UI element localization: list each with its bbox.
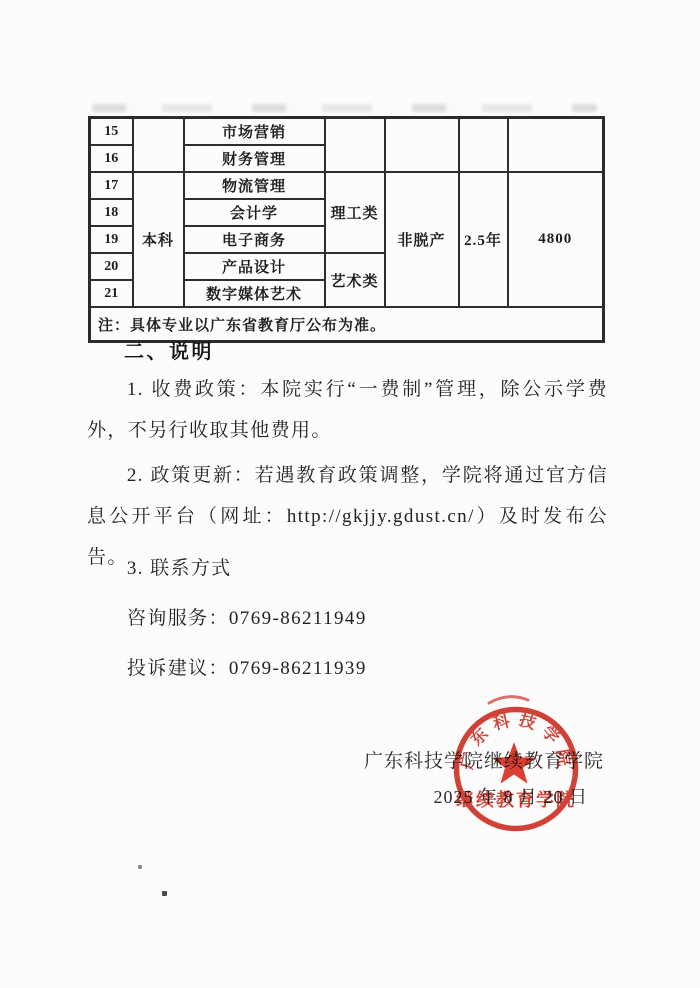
scan-smudge-artifact [92,104,597,112]
duration-cell-empty [459,118,508,173]
table-row: 17 本科 物流管理 理工类 非脱产 2.5年 4800 [90,172,604,199]
table-row: 15 市场营销 [90,118,604,146]
level-cell: 本科 [133,172,184,307]
major-cell: 产品设计 [184,253,325,280]
seal-star-icon [492,742,536,784]
major-cell: 数字媒体艺术 [184,280,325,307]
category-science-cell: 理工类 [325,172,385,253]
scan-speck [138,865,142,869]
seal-stray-arc [489,697,528,703]
paragraph-fee-policy: 1. 收费政策：本院实行“一费制”管理，除公示学费外，不另行收取其他费用。 [87,369,608,451]
admissions-table: 15 市场营销 16 财务管理 17 本科 物流管理 理工类 非脱产 2.5年 … [88,116,605,343]
study-form-cell: 非脱产 [385,172,459,307]
tuition-cell: 4800 [508,172,604,307]
level-cell-empty [133,118,184,173]
row-number: 21 [90,280,133,307]
tuition-cell-empty [508,118,604,173]
document-page: 15 市场营销 16 财务管理 17 本科 物流管理 理工类 非脱产 2.5年 … [0,0,700,988]
category-art-cell: 艺术类 [325,253,385,307]
major-cell: 财务管理 [184,145,325,172]
row-number: 19 [90,226,133,253]
section-heading: 二、说明 [124,335,214,364]
row-number: 15 [90,118,133,146]
category-cell-empty [325,118,385,173]
row-number: 17 [90,172,133,199]
paragraph-contact-heading: 3. 联系方式 [87,548,608,589]
major-cell: 市场营销 [184,118,325,146]
official-seal: 广东科技学院 继续教育学院 [435,685,595,855]
contact-complaint-line: 投诉建议：0769-86211939 [87,648,608,689]
row-number: 18 [90,199,133,226]
scan-speck [162,891,167,896]
major-cell: 会计学 [184,199,325,226]
row-number: 16 [90,145,133,172]
major-cell: 物流管理 [184,172,325,199]
row-number: 20 [90,253,133,280]
study-form-cell-empty [385,118,459,173]
contact-service-line: 咨询服务：0769-86211949 [87,598,608,639]
seal-bottom-text: 继续教育学院 [456,789,576,810]
major-cell: 电子商务 [184,226,325,253]
duration-cell: 2.5年 [459,172,508,307]
